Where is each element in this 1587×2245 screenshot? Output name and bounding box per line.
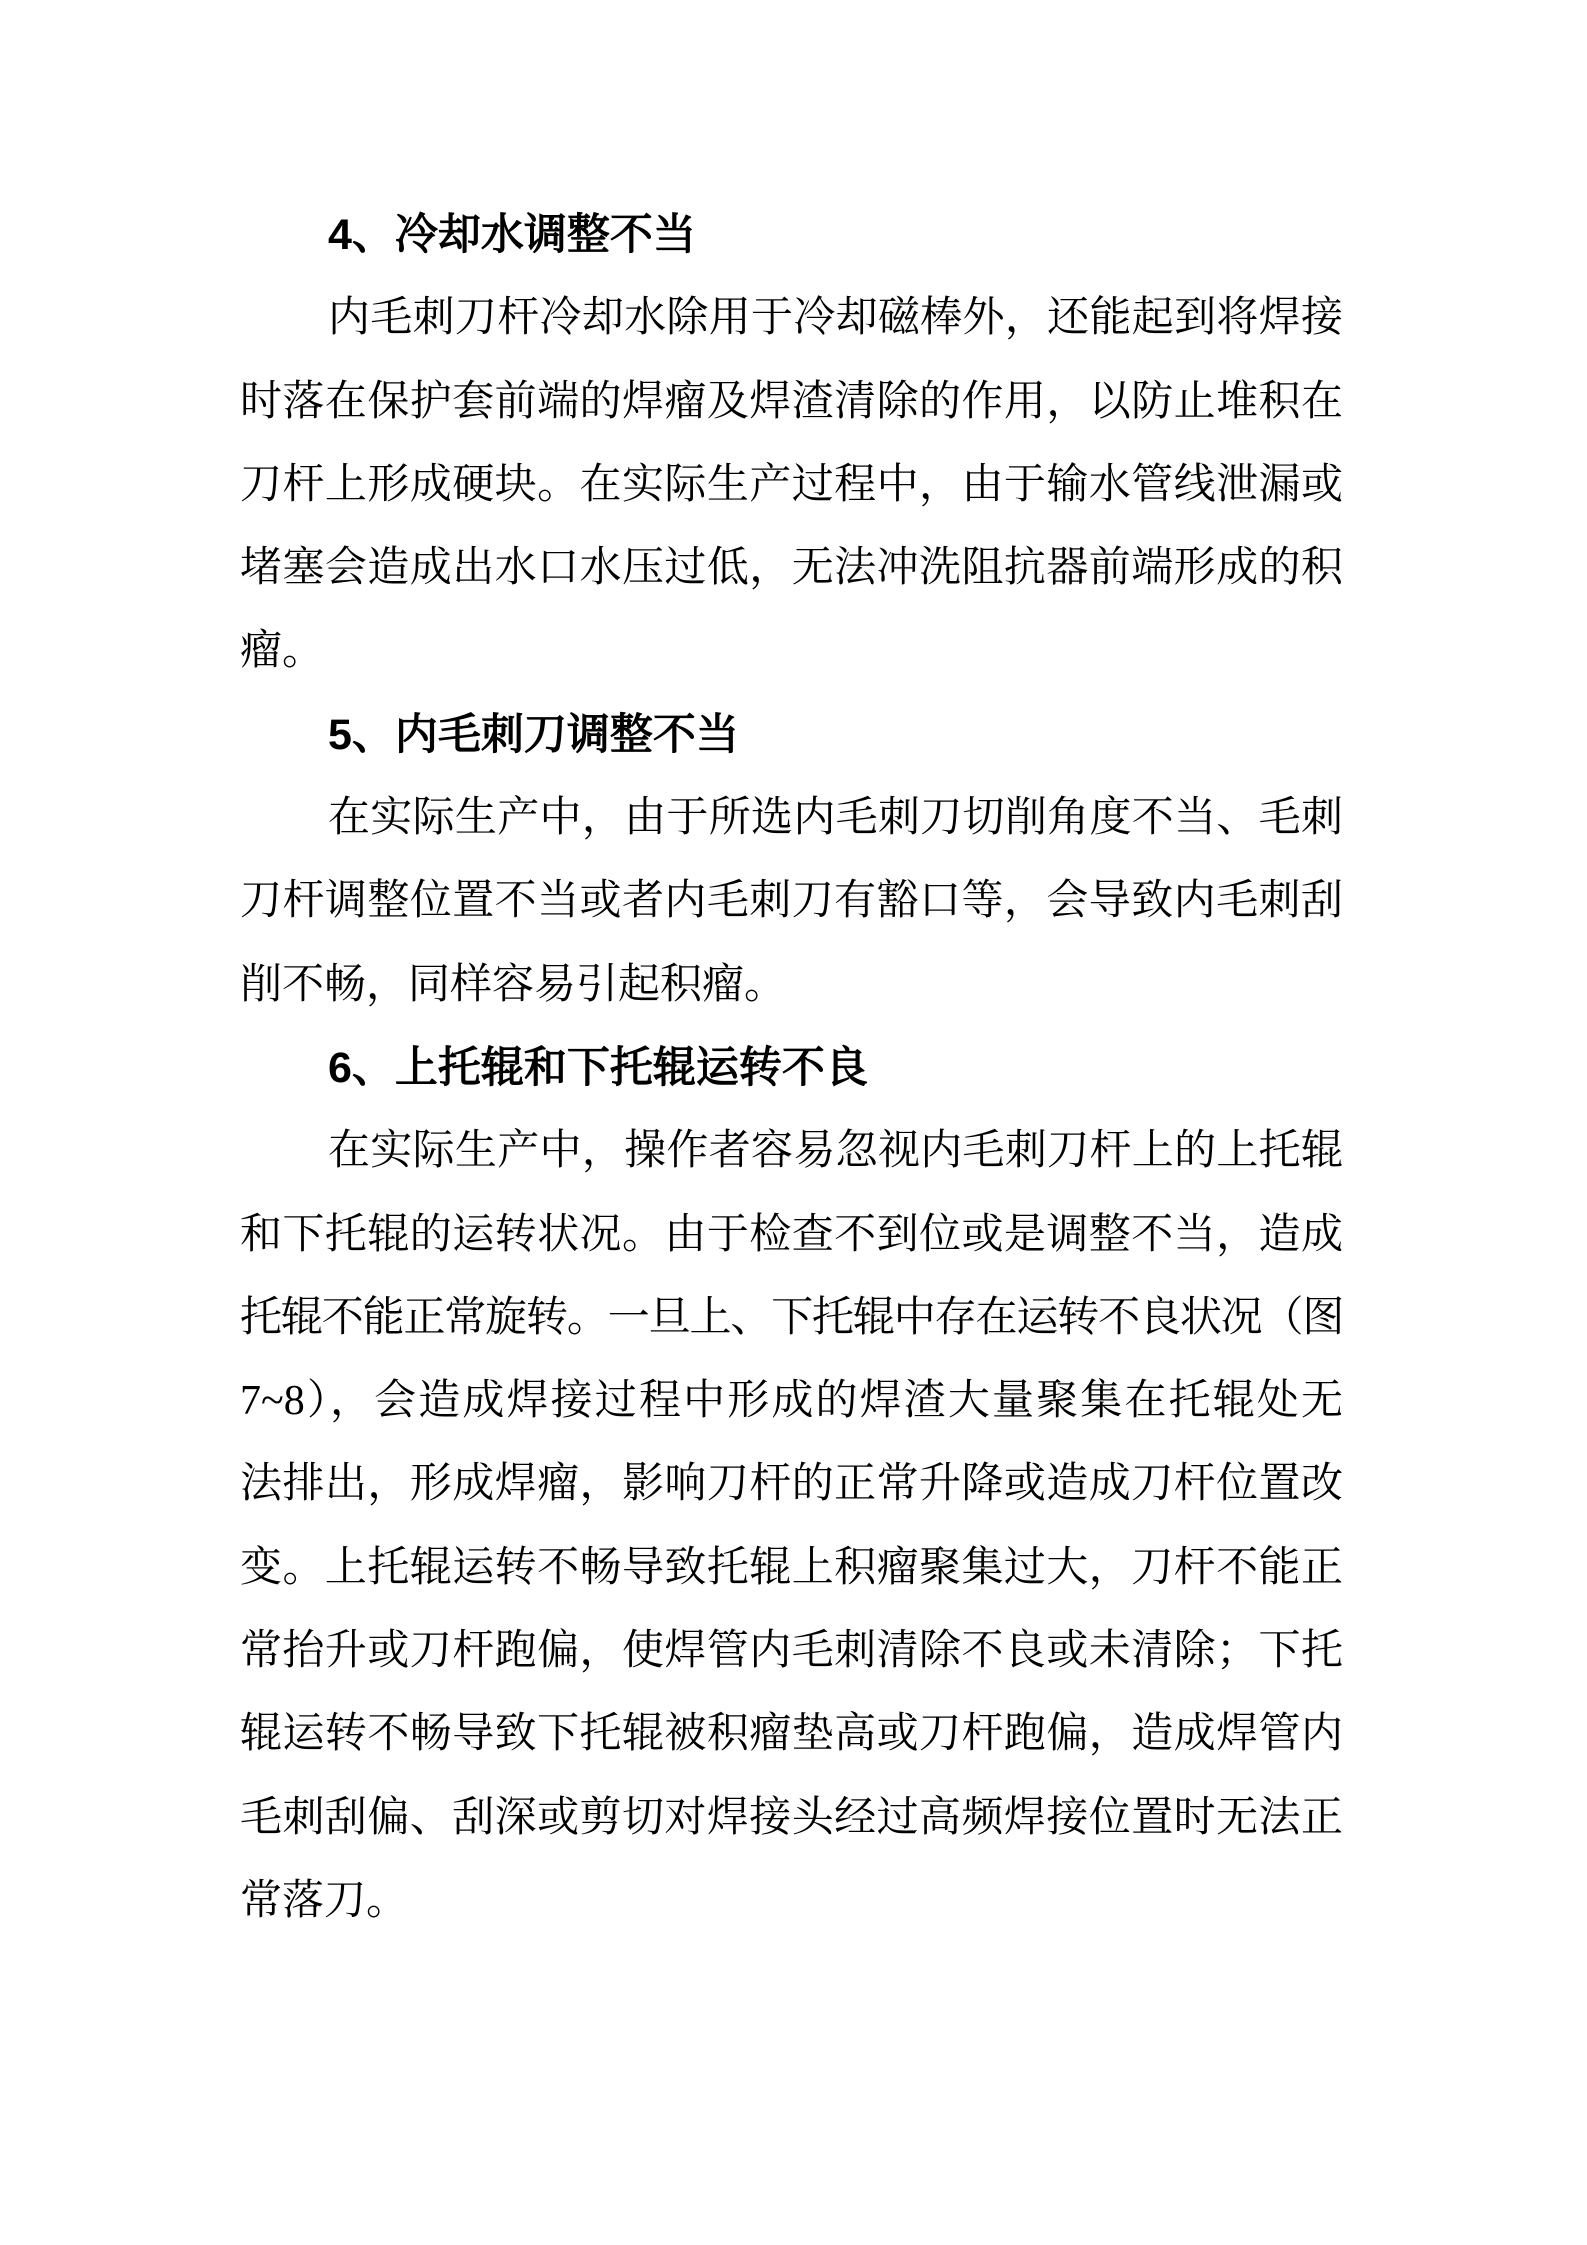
heading-5-title: 、内毛刺刀调整不当 <box>352 712 739 759</box>
heading-4-title: 、冷却水调整不当 <box>352 212 696 259</box>
para-6-line-9: 毛刺刮偏、刮深或剪切对焊接头经过高频焊接位置时无法正 <box>240 1777 1343 1860</box>
para-4-line-1: 内毛刺刀杆冷却水除用于冷却磁棒外，还能起到将焊接 <box>240 277 1343 360</box>
heading-section-5: 5、内毛刺刀调整不当 <box>240 694 1343 777</box>
heading-6-title: 、上托辊和下托辊运转不良 <box>352 1045 868 1092</box>
document-page: 4、冷却水调整不当 内毛刺刀杆冷却水除用于冷却磁棒外，还能起到将焊接 时落在保护… <box>0 0 1587 2245</box>
para-4-line-2: 时落在保护套前端的焊瘤及焊渣清除的作用，以防止堆积在 <box>240 361 1343 444</box>
para-6-line-1: 在实际生产中，操作者容易忽视内毛刺刀杆上的上托辊 <box>240 1110 1343 1193</box>
para-6-line-5: 法排出，形成焊瘤，影响刀杆的正常升降或造成刀杆位置改 <box>240 1443 1343 1526</box>
heading-section-6: 6、上托辊和下托辊运转不良 <box>240 1027 1343 1110</box>
para-5-line-2: 刀杆调整位置不当或者内毛刺刀有豁口等，会导致内毛刺刮 <box>240 860 1343 943</box>
para-6-line-4: 7~8），会造成焊接过程中形成的焊渣大量聚集在托辊处无 <box>240 1360 1343 1443</box>
para-4-line-5: 瘤。 <box>240 610 1343 693</box>
para-4-line-3: 刀杆上形成硬块。在实际生产过程中，由于输水管线泄漏或 <box>240 444 1343 527</box>
para-6-line-2: 和下托辊的运转状况。由于检查不到位或是调整不当，造成 <box>240 1194 1343 1277</box>
heading-6-number: 6 <box>328 1044 352 1092</box>
heading-4-number: 4 <box>328 211 352 259</box>
para-5-line-1: 在实际生产中，由于所选内毛刺刀切削角度不当、毛刺 <box>240 777 1343 860</box>
para-6-line-10: 常落刀。 <box>240 1860 1343 1943</box>
para-5-line-3: 削不畅，同样容易引起积瘤。 <box>240 944 1343 1027</box>
para-4-line-4: 堵塞会造成出水口水压过低，无法冲洗阻抗器前端形成的积 <box>240 527 1343 610</box>
heading-section-4: 4、冷却水调整不当 <box>240 194 1343 277</box>
para-6-line-6: 变。上托辊运转不畅导致托辊上积瘤聚集过大，刀杆不能正 <box>240 1527 1343 1610</box>
document-text-block: 4、冷却水调整不当 内毛刺刀杆冷却水除用于冷却磁棒外，还能起到将焊接 时落在保护… <box>240 194 1343 1943</box>
para-6-line-8: 辊运转不畅导致下托辊被积瘤垫高或刀杆跑偏，造成焊管内 <box>240 1693 1343 1776</box>
heading-5-number: 5 <box>328 711 352 759</box>
para-6-line-7: 常抬升或刀杆跑偏，使焊管内毛刺清除不良或未清除；下托 <box>240 1610 1343 1693</box>
para-6-line-3: 托辊不能正常旋转。一旦上、下托辊中存在运转不良状况（图 <box>240 1277 1343 1360</box>
